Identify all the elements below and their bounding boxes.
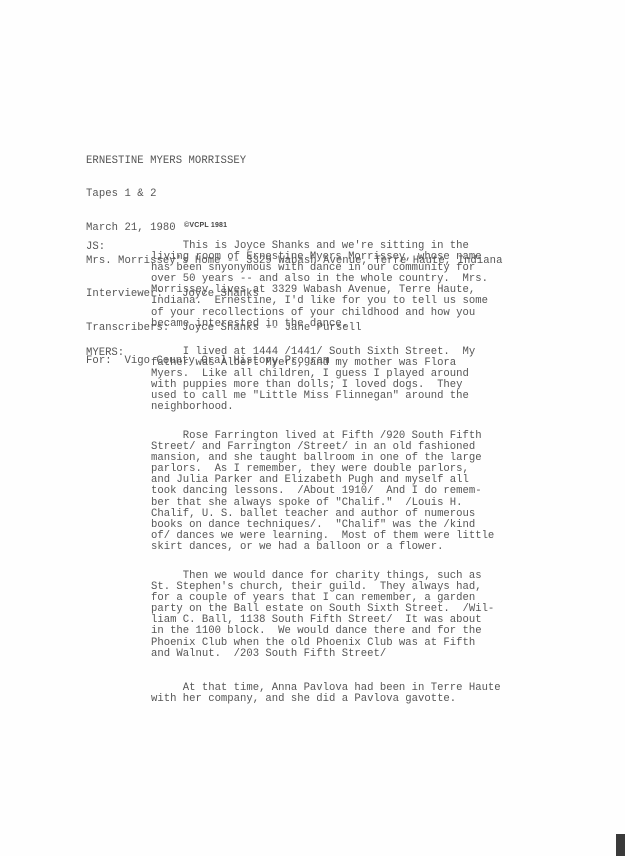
header-title: ERNESTINE MYERS MORRISSEY <box>86 156 502 167</box>
scan-edge-mark <box>616 834 625 856</box>
transcript-line: became interested in the dance. <box>151 319 551 330</box>
speaker-label: MYERS: <box>86 347 124 359</box>
transcript-line: neighborhood. <box>151 402 551 413</box>
transcript-line: with her company, and she did a Pavlova … <box>151 694 551 705</box>
copyright-stamp: ©VCPL 1981 <box>184 222 227 229</box>
header-tapes: Tapes 1 & 2 <box>86 189 502 200</box>
transcript-paragraph: Then we would dance for charity things, … <box>151 571 551 660</box>
transcript-line: ber that she always spoke of "Chalif." /… <box>151 498 551 509</box>
speaker-label: JS: <box>86 241 105 253</box>
transcript-line: in the 1100 block. We would dance there … <box>151 626 551 637</box>
transcript-paragraph: At that time, Anna Pavlova had been in T… <box>151 683 551 705</box>
transcript-line: of your recollections of your childhood … <box>151 308 551 319</box>
transcript-paragraph: This is Joyce Shanks and we're sitting i… <box>151 241 551 330</box>
transcript-line: skirt dances, or we had a balloon or a f… <box>151 542 551 553</box>
transcript-line: took dancing lessons. /About 1910/ And I… <box>151 486 551 497</box>
document-page: ERNESTINE MYERS MORRISSEY Tapes 1 & 2 Ma… <box>0 0 625 856</box>
transcript-paragraph: I lived at 1444 /1441/ South Sixth Stree… <box>151 347 551 414</box>
transcript-paragraph: Rose Farrington lived at Fifth /920 Sout… <box>151 431 551 553</box>
transcript-line: and Walnut. /203 South Fifth Street/ <box>151 649 551 660</box>
transcript-line: Indiana. Ernestine, I'd like for you to … <box>151 296 551 307</box>
transcript-line: Phoenix Club when the old Phoenix Club w… <box>151 638 551 649</box>
header-date: March 21, 1980 <box>86 223 502 234</box>
